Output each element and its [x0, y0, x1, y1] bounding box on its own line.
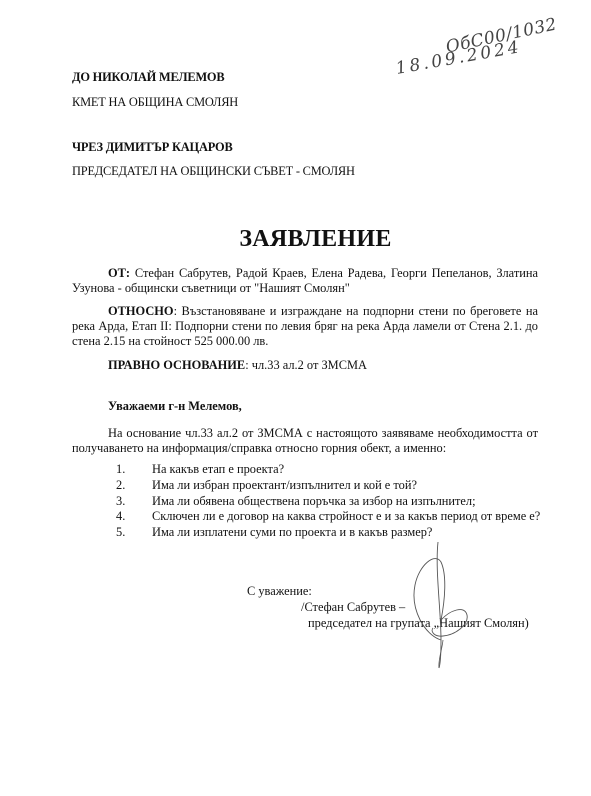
recipient-name: ДО НИКОЛАЙ МЕЛЕМОВ [72, 70, 224, 85]
list-item-number: 4. [116, 509, 152, 525]
list-item-text: На какъв етап е проекта? [152, 462, 284, 478]
closing-salutation: С уважение: [247, 584, 312, 599]
handwritten-signature [405, 540, 485, 670]
recipient-title: КМЕТ НА ОБЩИНА СМОЛЯН [72, 95, 238, 110]
via-name: ЧРЕЗ ДИМИТЪР КАЦАРОВ [72, 140, 233, 155]
subject-label: ОТНОСНО [108, 304, 174, 318]
registration-stamp: ОбС00/1032 18.09.2024 [395, 22, 570, 82]
signer-name: /Стефан Сабрутев – [301, 600, 405, 615]
list-item-number: 5. [116, 525, 152, 541]
document-page: ДО НИКОЛАЙ МЕЛЕМОВ КМЕТ НА ОБЩИНА СМОЛЯН… [0, 0, 591, 796]
via-title: ПРЕДСЕДАТЕЛ НА ОБЩИНСКИ СЪВЕТ - СМОЛЯН [72, 164, 355, 179]
list-item-text: Сключен ли е договор на каква стройност … [152, 509, 540, 525]
legal-basis-text: : чл.33 ал.2 от ЗМСМА [245, 358, 367, 372]
from-label: ОТ: [108, 266, 130, 280]
questions-list: 1.На какъв етап е проекта? 2.Има ли избр… [116, 462, 540, 541]
list-item-text: Има ли обявена обществена поръчка за изб… [152, 494, 476, 510]
list-item-number: 3. [116, 494, 152, 510]
legal-basis-paragraph: ПРАВНО ОСНОВАНИЕ: чл.33 ал.2 от ЗМСМА [72, 358, 538, 373]
page-title: ЗАЯВЛЕНИЕ [0, 226, 591, 253]
from-paragraph: ОТ: Стефан Сабрутев, Радой Краев, Елена … [72, 266, 538, 296]
list-item-number: 1. [116, 462, 152, 478]
from-text: Стефан Сабрутев, Радой Краев, Елена Раде… [72, 266, 538, 295]
legal-basis-label: ПРАВНО ОСНОВАНИЕ [108, 358, 245, 372]
list-item: 2.Има ли избран проектант/изпълнител и к… [116, 478, 540, 494]
list-item: 1.На какъв етап е проекта? [116, 462, 540, 478]
greeting: Уважаеми г-н Мелемов, [108, 399, 242, 414]
intro-paragraph: На основание чл.33 ал.2 от ЗМСМА с насто… [72, 426, 538, 456]
list-item-number: 2. [116, 478, 152, 494]
list-item: 5.Има ли изплатени суми по проекта и в к… [116, 525, 540, 541]
list-item: 3.Има ли обявена обществена поръчка за и… [116, 494, 540, 510]
list-item: 4.Сключен ли е договор на каква стройнос… [116, 509, 540, 525]
list-item-text: Има ли изплатени суми по проекта и в как… [152, 525, 432, 541]
list-item-text: Има ли избран проектант/изпълнител и кой… [152, 478, 417, 494]
subject-paragraph: ОТНОСНО: Възстановяване и изграждане на … [72, 304, 538, 349]
